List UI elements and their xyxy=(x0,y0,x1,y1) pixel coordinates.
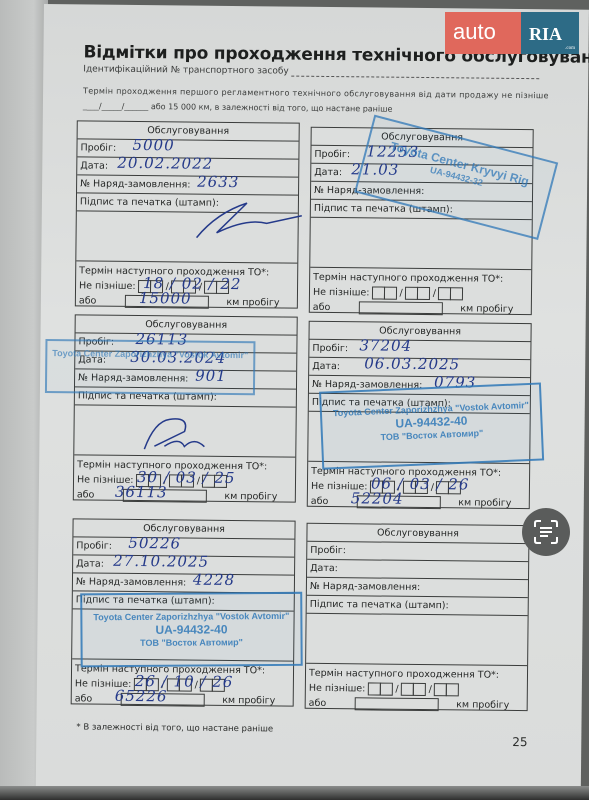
service-card-3: Обслуговування Пробіг:26113 Дата:30.03.2… xyxy=(73,314,298,502)
date-label: Дата: xyxy=(80,160,108,171)
service-card-5: Обслуговування Пробіг:50226 Дата:27.10.2… xyxy=(71,518,296,706)
logo-ria-text: RIA xyxy=(529,24,562,44)
logo-sub: .com xyxy=(565,46,575,52)
mileage-label: Пробіг: xyxy=(312,343,348,354)
card-header: Обслуговування xyxy=(307,524,528,544)
order-label: № Наряд-замовлення: xyxy=(310,581,420,593)
km-line: абокм пробігу xyxy=(309,696,527,713)
autoria-logo: auto RIA.com xyxy=(445,12,579,54)
service-book-page: Відмітки про проходження технічного обсл… xyxy=(36,4,589,794)
order-value: 4228 xyxy=(193,572,235,589)
next-service-block: Термін наступного проходження ТО*: Не пі… xyxy=(310,268,531,317)
order-value: 2633 xyxy=(197,174,239,191)
order-row: № Наряд-замовлення: xyxy=(307,578,528,598)
page-bottom-edge xyxy=(0,786,589,800)
or-label: або xyxy=(79,295,97,306)
km-label: км пробігу xyxy=(226,297,279,309)
km-line: абокм пробігу52204 xyxy=(311,494,529,511)
not-later-label: Не пізніше: xyxy=(79,280,136,292)
not-later-label: Не пізніше: xyxy=(313,287,370,299)
or-label: або xyxy=(311,496,329,507)
footnote: * В залежності від того, що настане рані… xyxy=(76,722,273,734)
mileage-value: 37204 xyxy=(359,337,412,355)
next-km-value: 52204 xyxy=(351,491,404,507)
dealer-stamp-zaporizhzhya: Toyota Center Zaporizhzhya "Vostok Avtom… xyxy=(45,339,256,395)
next-service-block: Термін наступного проходження ТО*: Не пі… xyxy=(306,664,527,713)
signature-area xyxy=(74,405,296,457)
date-row: Дата:27.10.2025 xyxy=(73,555,294,575)
logo-ria: RIA.com xyxy=(521,12,579,54)
date-value: 20.02.2022 xyxy=(117,155,213,173)
mileage-label: Пробіг: xyxy=(76,540,112,551)
page-number: 25 xyxy=(512,735,527,749)
mileage-label: Пробіг: xyxy=(314,149,350,160)
next-km-value: 15000 xyxy=(139,291,192,307)
card-header: Обслуговування xyxy=(78,121,299,141)
not-later-label: Не пізніше: xyxy=(309,683,366,695)
or-label: або xyxy=(309,698,327,709)
vin-field: Ідентифікаційний № транспортного засобу xyxy=(83,64,540,79)
scan-text-icon xyxy=(533,519,559,545)
service-card-4: Обслуговування Пробіг:37204 Дата:06.03.2… xyxy=(307,321,532,509)
order-label: № Наряд-замовлення: xyxy=(80,178,190,190)
date-label: Дата: xyxy=(314,167,342,178)
signature-area xyxy=(306,614,528,666)
signature-icon xyxy=(187,193,308,244)
vin-blank xyxy=(292,76,540,80)
mileage-value: 50226 xyxy=(128,535,181,553)
date-row: Дата: xyxy=(307,560,528,580)
order-label: № Наряд-замовлення: xyxy=(76,576,186,588)
mileage-value: 5000 xyxy=(132,137,174,154)
km-line: абокм пробігу xyxy=(313,300,531,317)
date-row: Дата:06.03.2025 xyxy=(309,358,530,378)
next-km-value: 36113 xyxy=(115,485,168,501)
date-label: Дата: xyxy=(76,558,104,569)
km-label: км пробігу xyxy=(460,303,513,315)
km-label: км пробігу xyxy=(222,695,275,707)
stamp-line-3: ТОВ "Восток Автомир" xyxy=(83,636,301,651)
date-value: 06.03.2025 xyxy=(364,355,460,373)
card-header: Обслуговування xyxy=(309,322,530,342)
next-service-block: Термін наступного проходження ТО*: Не пі… xyxy=(76,261,297,310)
mileage-row: Пробіг: xyxy=(307,542,528,562)
next-service-block: Термін наступного проходження ТО*: Не пі… xyxy=(74,455,295,504)
km-label: км пробігу xyxy=(456,699,509,711)
km-label: км пробігу xyxy=(224,491,277,503)
signature-row: Підпис та печатка (штамп): xyxy=(307,596,528,616)
vin-label: Ідентифікаційний № транспортного засобу xyxy=(83,64,289,76)
next-km-value: 65226 xyxy=(115,689,168,705)
km-label: км пробігу xyxy=(458,497,511,509)
km-line: абокм пробігу36113 xyxy=(77,487,295,504)
logo-auto: auto xyxy=(445,12,521,54)
or-label: або xyxy=(313,302,331,313)
date-label: Дата: xyxy=(310,563,338,574)
stamp-line-1: Toyota Center Zaporizhzhya "Vostok Avtom… xyxy=(47,347,253,362)
order-row: № Наряд-замовлення:4228 xyxy=(73,573,294,593)
date-row: Дата:20.02.2022 xyxy=(77,157,298,177)
date-label: Дата: xyxy=(312,361,340,372)
signature-icon xyxy=(134,411,224,457)
service-card-2: Обслуговування Пробіг:12253 Дата:21.03 №… xyxy=(309,127,534,315)
mileage-label: Пробіг: xyxy=(80,142,116,153)
date-value: 27.10.2025 xyxy=(113,553,209,571)
card-header: Обслуговування xyxy=(73,519,294,539)
mileage-label: Пробіг: xyxy=(310,545,346,556)
intro-line-2: ____/_____/______ або 15 000 км, в залеж… xyxy=(83,101,393,113)
service-card-6: Обслуговування Пробіг: Дата: № Наряд-зам… xyxy=(305,523,530,711)
or-label: або xyxy=(77,489,95,500)
km-line: абокм пробігу65226 xyxy=(75,691,293,708)
dealer-stamp-zaporizhzhya: Toyota Center Zaporizhzhya "Vostok Avtom… xyxy=(80,592,303,668)
signature-label: Підпис та печатка (штамп): xyxy=(310,599,449,611)
intro-line-1: Термін проходження першого регламентного… xyxy=(83,86,549,100)
or-label: або xyxy=(75,693,93,704)
signature-area xyxy=(76,211,298,263)
scan-text-button[interactable] xyxy=(522,508,570,556)
service-card-1: Обслуговування Пробіг:5000 Дата:20.02.20… xyxy=(75,120,300,308)
next-service-block: Термін наступного проходження ТО*: Не пі… xyxy=(308,462,529,511)
km-line: абокм пробігу15000 xyxy=(79,293,297,310)
dealer-stamp-zaporizhzhya: Toyota Center Zaporizhzhya "Vostok Avtom… xyxy=(319,382,544,469)
